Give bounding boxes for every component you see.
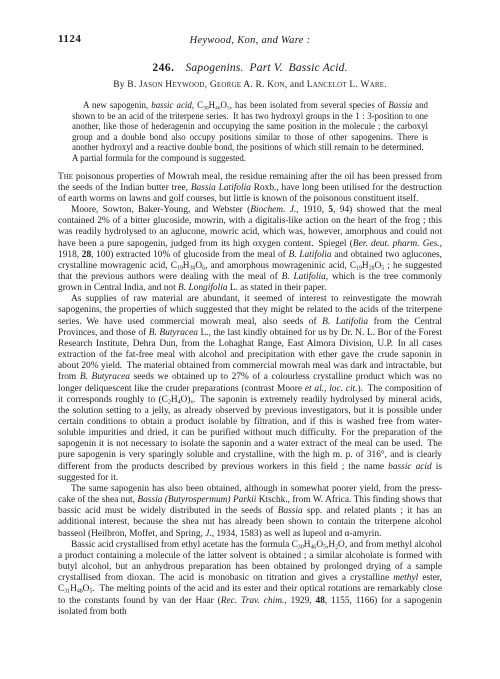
paragraph-2: Moore, Sowton, Baker-Young, and Webster …: [58, 205, 442, 294]
paragraph-4: The same sapogenin has also been obtaine…: [58, 484, 442, 540]
article-number: 246.: [152, 62, 174, 74]
paragraph-5: Bassic acid crystallised from ethyl acet…: [58, 540, 442, 618]
journal-page: 1124 Heywood, Kon, and Ware : 246.Sapoge…: [0, 0, 500, 679]
article-title: 246.Sapogenins. Part V. Bassic Acid.: [0, 62, 500, 74]
page-number: 1124: [58, 33, 81, 45]
paragraph-3: As supplies of raw material are abundant…: [58, 294, 442, 484]
article-title-text: Sapogenins. Part V. Bassic Acid.: [185, 62, 347, 74]
article-body: The poisonous properties of Mowrah meal,…: [58, 172, 442, 618]
paragraph-1: The poisonous properties of Mowrah meal,…: [58, 172, 442, 205]
page-header: 1124 Heywood, Kon, and Ware :: [0, 0, 500, 49]
byline: By B. Jason Heywood, George A. R. Kon, a…: [0, 80, 500, 90]
abstract: A new sapogenin, bassic acid, C30H46O5, …: [72, 100, 428, 164]
